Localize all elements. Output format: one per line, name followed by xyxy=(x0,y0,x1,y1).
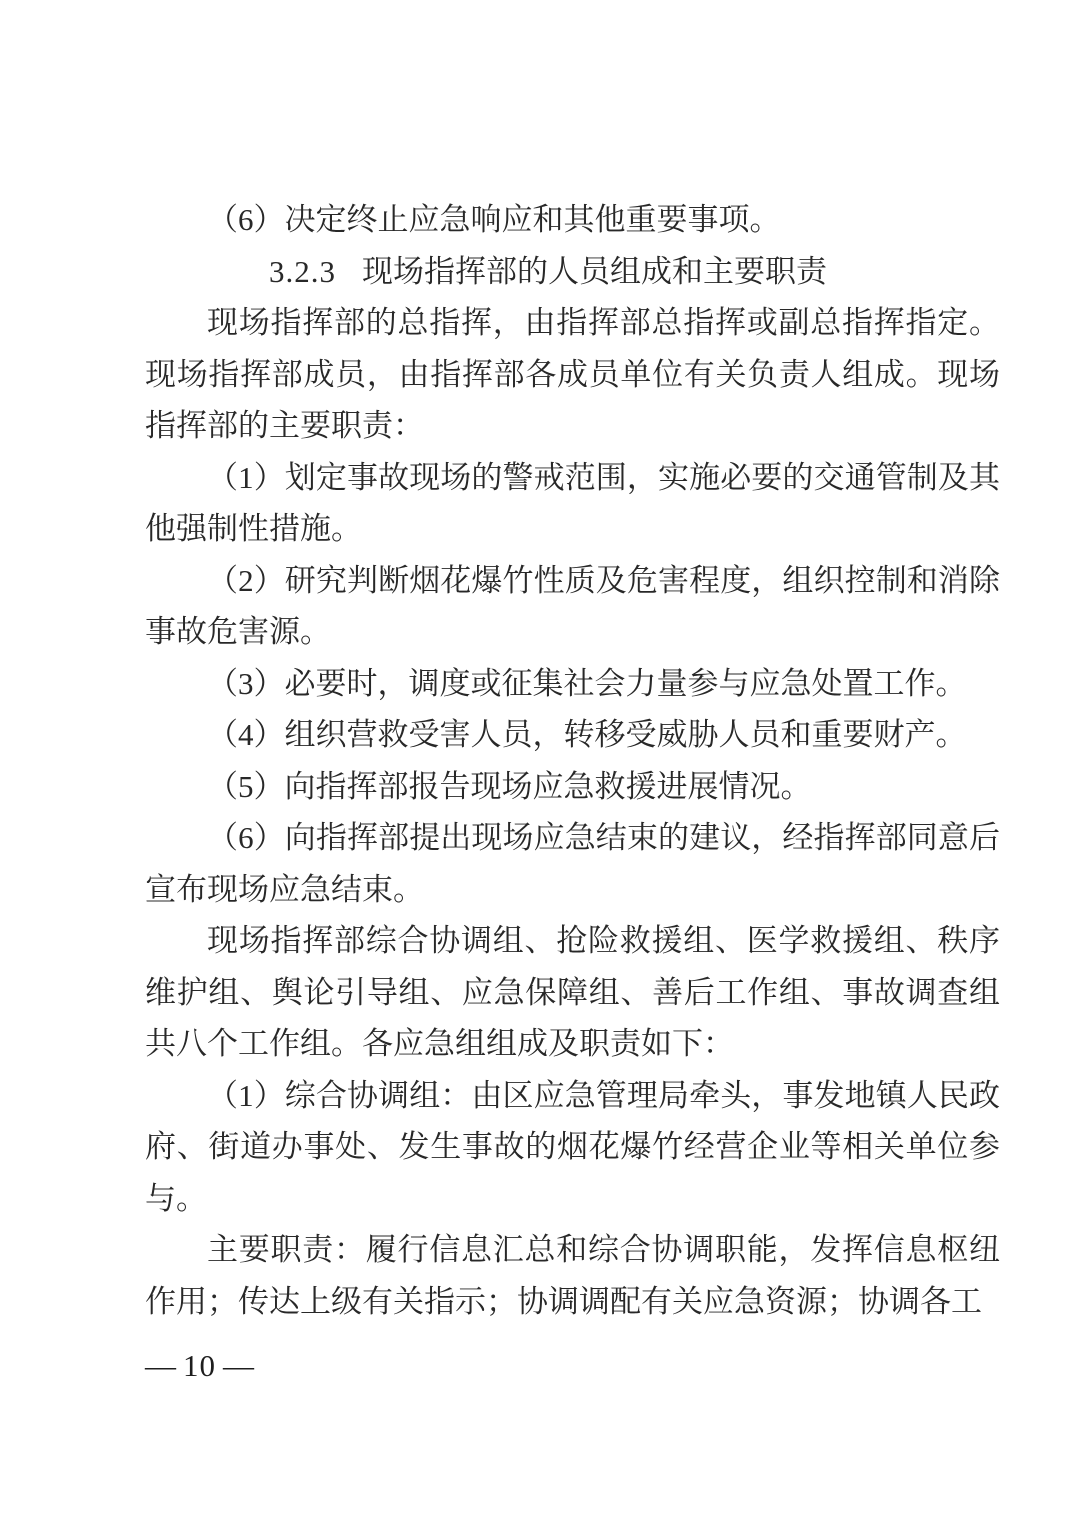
paragraph-duty-2: （2）研究判断烟花爆竹性质及危害程度，组织控制和消除事故危害源。 xyxy=(145,555,1000,658)
paragraph-intro: 现场指挥部的总指挥，由指挥部总指挥或副总指挥指定。现场指挥部成员，由指挥部各成员… xyxy=(145,297,1000,452)
document-page: （6）决定终止应急响应和其他重要事项。 3.2.3现场指挥部的人员组成和主要职责… xyxy=(0,0,1074,1520)
footer-dash-right: — xyxy=(223,1340,254,1391)
paragraph-duty-3: （3）必要时，调度或征集社会力量参与应急处置工作。 xyxy=(145,658,1000,710)
paragraph-main-duties: 主要职责：履行信息汇总和综合协调职能，发挥信息枢纽作用；传达上级有关指示；协调调… xyxy=(145,1224,1000,1327)
section-heading: 3.2.3现场指挥部的人员组成和主要职责 xyxy=(145,246,1000,298)
paragraph-coordination-group: （1）综合协调组：由区应急管理局牵头，事发地镇人民政府、街道办事处、发生事故的烟… xyxy=(145,1070,1000,1225)
page-footer: —10— xyxy=(145,1340,254,1391)
paragraph-duty-1: （1）划定事故现场的警戒范围，实施必要的交通管制及其他强制性措施。 xyxy=(145,452,1000,555)
document-content: （6）决定终止应急响应和其他重要事项。 3.2.3现场指挥部的人员组成和主要职责… xyxy=(145,194,1000,1327)
footer-dash-left: — xyxy=(145,1340,176,1391)
paragraph-workgroups: 现场指挥部综合协调组、抢险救援组、医学救援组、秩序维护组、舆论引导组、应急保障组… xyxy=(145,915,1000,1070)
paragraph-duty-5: （5）向指挥部报告现场应急救援进展情况。 xyxy=(145,761,1000,813)
paragraph-list-item-6a: （6）决定终止应急响应和其他重要事项。 xyxy=(145,194,1000,246)
paragraph-duty-6: （6）向指挥部提出现场应急结束的建议，经指挥部同意后宣布现场应急结束。 xyxy=(145,812,1000,915)
section-title: 现场指挥部的人员组成和主要职责 xyxy=(362,254,827,289)
paragraph-duty-4: （4）组织营救受害人员，转移受威胁人员和重要财产。 xyxy=(145,709,1000,761)
page-number: 10 xyxy=(183,1340,216,1391)
section-number: 3.2.3 xyxy=(207,246,336,298)
